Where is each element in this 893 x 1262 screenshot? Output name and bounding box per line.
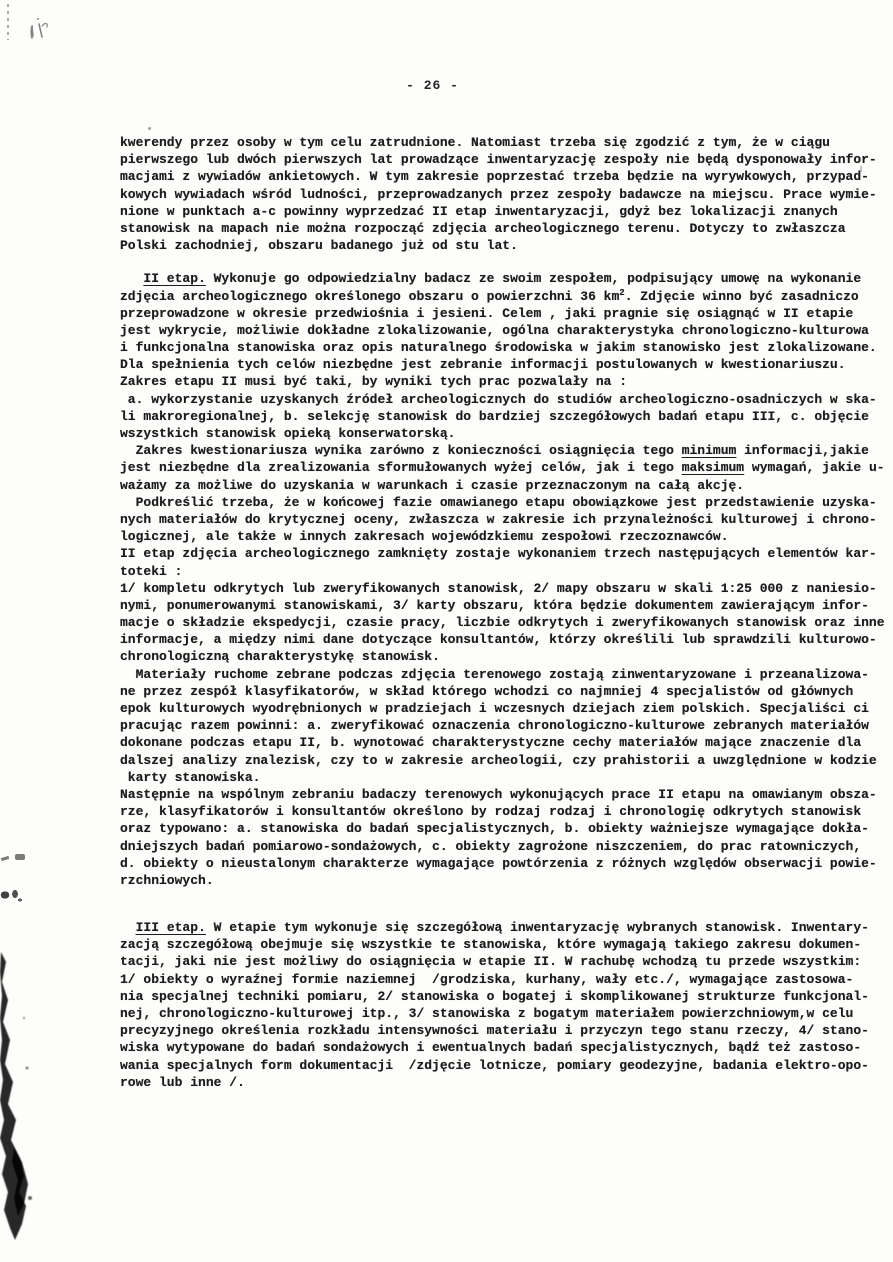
text-line: kwerendy przez osoby w tym celu zatrudni… [120,134,890,151]
text-line: zdjęcia archeologicznego określonego obs… [120,288,890,305]
page-number: - 26 - [0,78,879,93]
paragraph-podkreslic-kartoteka: Podkreślić trzeba, że w końcowej fazie o… [120,494,890,666]
scan-speck [148,127,151,130]
paragraph-zakres-kwestionariusza: Zakres kwestionariusza wynika zarówno z … [120,442,890,494]
text-line: kowych wywiadach wśród ludności, przepro… [120,186,890,203]
paragraph-nastepnie: Następnie na wspólnym zebraniu badaczy t… [120,786,890,889]
text-line: nymi, ponumerowanymi stanowiskami, 3/ ka… [120,597,890,614]
text-line: rowe lub inne /. [120,1074,890,1091]
text-line: nych materiałów do krytycznej oceny, zwł… [120,511,890,528]
text-line: jest wykrycie, możliwie dokładne zlokali… [120,322,890,339]
pencil-scribble-mark [26,14,52,44]
text-line: nej, chronologiczno-kulturowej itp., 3/ … [120,1005,890,1022]
text-line: wszystkich stanowisk opieką konserwators… [120,425,890,442]
text-line: wania specjalnych form dokumentacji /zdj… [120,1057,890,1074]
document-body: kwerendy przez osoby w tym celu zatrudni… [120,134,890,1091]
text-line: macjami z wywiadów ankietowych. W tym za… [120,168,890,185]
text-line: epok kulturowych wyodrębnionych w pradzi… [120,700,890,717]
text-line: zacją szczegółową obejmuje się wszystkie… [120,936,890,953]
text-line: i funkcjonalna stanowiska oraz opis natu… [120,339,890,356]
margin-smudge-dark [0,887,22,904]
scan-speck [860,166,862,172]
text-line: precyzyjnego określenia rozkładu intensy… [120,1022,890,1039]
text-line: macje o składzie ekspedycji, czasie prac… [120,614,890,631]
text-line: jest niezbędne dla zrealizowania sformuł… [120,459,890,476]
paragraph-kwerendy: kwerendy przez osoby w tym celu zatrudni… [120,134,890,254]
paragraph-etap-3: III etap. W etapie tym wykonuje się szcz… [120,919,890,1091]
text-line: dniejszych badań pomiarowo-sondażowych, … [120,838,890,855]
text-line: Zakres kwestionariusza wynika zarówno z … [120,442,890,459]
scanned-typewritten-page: - 26 - kwerendy przez osoby w tym celu z… [0,0,893,1262]
text-line: ne przez zespół klasyfikatorów, w skład … [120,683,890,700]
text-line: rze, klasyfikatorów i konsultantów okreś… [120,803,890,820]
text-line: wiska wytypowane do badań sondażowych i … [120,1039,890,1056]
text-line: rzchniowych. [120,872,890,889]
text-line: przeprowadzone w okresie przedwiośnia i … [120,305,890,322]
text-line: pierwszego lub dwóch pierwszych lat prow… [120,151,890,168]
text-line: II etap. Wykonuje go odpowiedzialny bada… [120,270,890,287]
text-line: tacji, jaki nie jest możliwy do osiągnię… [120,953,890,970]
text-line: III etap. W etapie tym wykonuje się szcz… [120,919,890,936]
text-line: karty stanowiska. [120,769,890,786]
text-line: stanowisk na mapach nie można rozpocząć … [120,220,890,237]
text-line: pracując razem powinni: a. zweryfikować … [120,717,890,734]
text-line: oraz typowano: a. stanowiska do badań sp… [120,820,890,837]
text-line: chronologiczną charakterystykę stanowisk… [120,648,890,665]
pencil-dash-marks [7,4,9,40]
text-line: a. wykorzystanie uzyskanych źródeł arche… [120,391,890,408]
text-line: nione w punktach a-c powinny wyprzedzać … [120,203,890,220]
text-line: 1/ kompletu odkrytych lub zweryfikowanyc… [120,580,890,597]
paragraph-etap-2: II etap. Wykonuje go odpowiedzialny bada… [120,270,890,442]
text-line: logicznej, ale także w innych zakresach … [120,528,890,545]
text-line: Materiały ruchome zebrane podczas zdjęci… [120,666,890,683]
text-line: 1/ obiekty o wyraźnej formie naziemnej /… [120,971,890,988]
text-line: II etap zdjęcia archeologicznego zamknię… [120,545,890,562]
text-line: ważamy za możliwe do uzyskania w warunka… [120,477,890,494]
ink-blotch-left-edge [0,948,42,1258]
text-line: Dla spełnienia tych celów niezbędne jest… [120,356,890,373]
text-line: Następnie na wspólnym zebraniu badaczy t… [120,786,890,803]
text-line: informacje, a między nimi dane dotyczące… [120,631,890,648]
text-line: dokonane podczas etapu II, b. wynotować … [120,734,890,751]
text-line: Zakres etapu II musi być taki, by wyniki… [120,373,890,390]
text-line: Podkreślić trzeba, że w końcowej fazie o… [120,494,890,511]
text-line: toteki : [120,563,890,580]
margin-smudge-small [1,851,27,865]
text-line: Polski zachodniej, obszaru badanego już … [120,237,890,254]
paragraph-materialy-ruchome: Materiały ruchome zebrane podczas zdjęci… [120,666,890,786]
text-line: d. obiekty o nieustalonym charakterze wy… [120,855,890,872]
text-line: nia specjalnej techniki pomiaru, 2/ stan… [120,988,890,1005]
text-line: li makroregionalnej, b. selekcję stanowi… [120,408,890,425]
text-line: dalszej analizy znalezisk, czy to w zakr… [120,752,890,769]
